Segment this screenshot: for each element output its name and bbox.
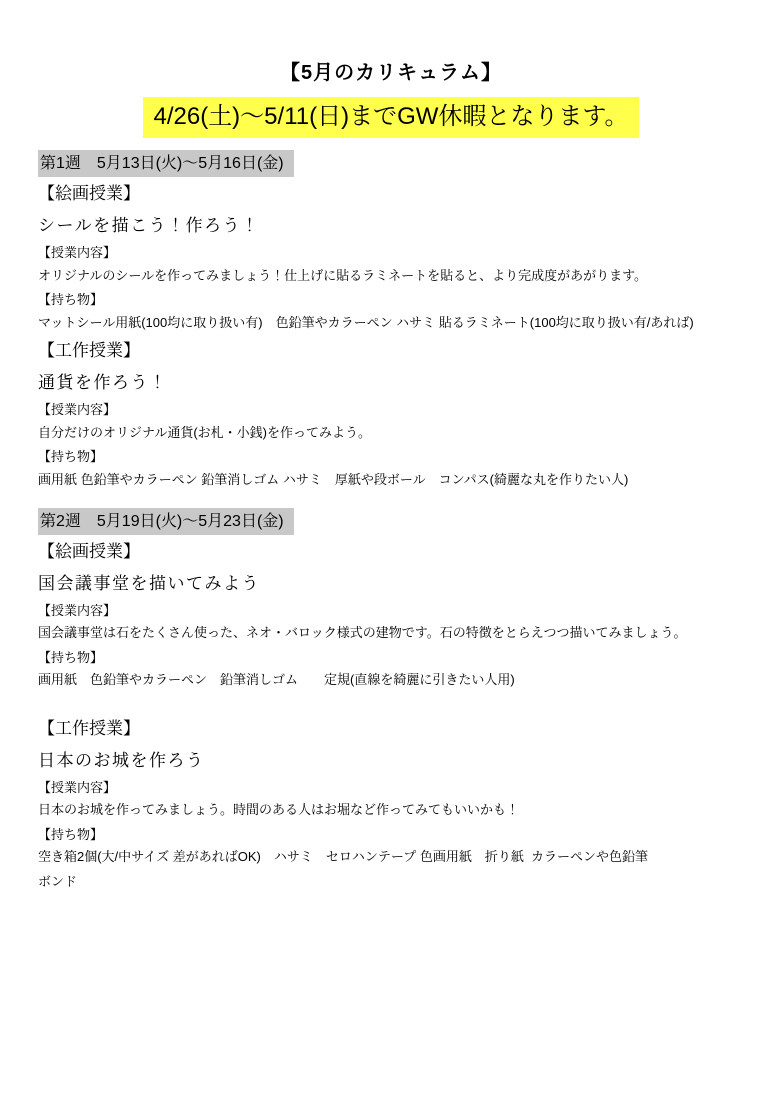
items-section-label: 【持ち物】	[38, 649, 744, 667]
week-2-art-class: 【絵画授業】 国会議事堂を描いてみよう 【授業内容】 国会議事堂は石をたくさん使…	[38, 539, 744, 690]
class-subject-label: 【絵画授業】	[38, 181, 744, 207]
class-subject-label: 【工作授業】	[38, 338, 744, 364]
week-2-craft-class: 【工作授業】 日本のお城を作ろう 【授業内容】 日本のお城を作ってみましょう。時…	[38, 716, 744, 892]
content-text: 日本のお城を作ってみましょう。時間のある人はお堀など作ってみてもいいかも！	[38, 801, 744, 820]
items-text: 空き箱2個(大/中サイズ 差があればOK) ハサミ セロハンテープ 色画用紙 折…	[38, 848, 744, 867]
week-1-header-row: 第1週 5月13日(火)〜5月16日(金)	[38, 150, 744, 178]
week-1-art-class: 【絵画授業】 シールを描こう！作ろう！ 【授業内容】 オリジナルのシールを作って…	[38, 181, 744, 332]
lesson-title: 日本のお城を作ろう	[38, 748, 744, 774]
content-text: 国会議事堂は石をたくさん使った、ネオ・バロック様式の建物です。石の特徴をとらえつ…	[38, 624, 744, 643]
class-subject-label: 【絵画授業】	[38, 539, 744, 565]
content-section-label: 【授業内容】	[38, 401, 744, 419]
class-subject-label: 【工作授業】	[38, 716, 744, 742]
week-1-craft-class: 【工作授業】 通貨を作ろう！ 【授業内容】 自分だけのオリジナル通貨(お札・小銭…	[38, 338, 744, 489]
items-text-line-2: ボンド	[38, 873, 744, 892]
content-section-label: 【授業内容】	[38, 779, 744, 797]
week-2-section: 第2週 5月19日(火)〜5月23日(金) 【絵画授業】 国会議事堂を描いてみよ…	[38, 508, 744, 893]
content-section-label: 【授業内容】	[38, 244, 744, 262]
gw-notice-row: 4/26(土)〜5/11(日)までGW休暇となります。	[38, 97, 744, 138]
items-text: 画用紙 色鉛筆やカラーペン 鉛筆消しゴム 定規(直線を綺麗に引きたい人用)	[38, 671, 744, 690]
week-2-header: 第2週 5月19日(火)〜5月23日(金)	[38, 508, 294, 536]
curriculum-document: 【5月のカリキュラム】 4/26(土)〜5/11(日)までGW休暇となります。 …	[0, 0, 780, 1108]
lesson-title: 通貨を作ろう！	[38, 370, 744, 396]
items-section-label: 【持ち物】	[38, 448, 744, 466]
items-text: 画用紙 色鉛筆やカラーペン 鉛筆消しゴム ハサミ 厚紙や段ボール コンパス(綺麗…	[38, 471, 744, 490]
items-section-label: 【持ち物】	[38, 291, 744, 309]
week-1-section: 第1週 5月13日(火)〜5月16日(金) 【絵画授業】 シールを描こう！作ろう…	[38, 150, 744, 490]
lesson-title: 国会議事堂を描いてみよう	[38, 571, 744, 597]
gw-holiday-notice: 4/26(土)〜5/11(日)までGW休暇となります。	[143, 97, 638, 138]
lesson-title: シールを描こう！作ろう！	[38, 213, 744, 239]
items-text: マットシール用紙(100均に取り扱い有) 色鉛筆やカラーペン ハサミ 貼るラミネ…	[38, 314, 744, 333]
week-1-header: 第1週 5月13日(火)〜5月16日(金)	[38, 150, 294, 178]
page-title: 【5月のカリキュラム】	[38, 56, 744, 85]
week-2-header-row: 第2週 5月19日(火)〜5月23日(金)	[38, 508, 744, 536]
content-section-label: 【授業内容】	[38, 602, 744, 620]
content-text: 自分だけのオリジナル通貨(お札・小銭)を作ってみよう。	[38, 424, 744, 443]
content-text: オリジナルのシールを作ってみましょう！仕上げに貼るラミネートを貼ると、より完成度…	[38, 267, 744, 286]
items-section-label: 【持ち物】	[38, 826, 744, 844]
